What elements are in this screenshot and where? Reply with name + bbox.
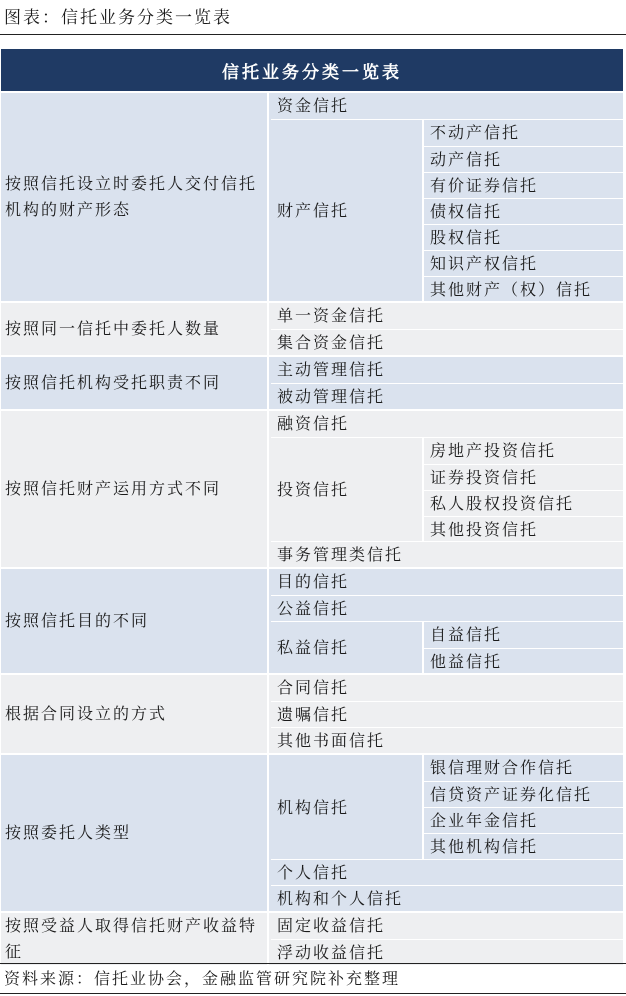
bottom-rule-lower <box>0 993 626 994</box>
trust-type: 私益信托 <box>271 622 424 673</box>
trust-type: 资金信托 <box>271 93 623 119</box>
trust-subtype: 私人股权投资信托 <box>424 490 623 516</box>
table-group: 按照受益人取得信托财产收益特征固定收益信托浮动收益信托 <box>1 911 623 965</box>
trust-type: 被动管理信托 <box>271 384 623 409</box>
trust-type: 合同信托 <box>271 675 623 701</box>
table-group: 根据合同设立的方式合同信托遗嘱信托其他书面信托 <box>1 673 623 753</box>
trust-type: 融资信托 <box>271 411 623 437</box>
table-group: 按照同一信托中委托人数量单一资金信托集合资金信托 <box>1 301 623 355</box>
table-body: 按照信托设立时委托人交付信托机构的财产形态资金信托财产信托不动产信托动产信托有价… <box>1 91 623 965</box>
table-row-with-subtypes: 私益信托自益信托他益信托 <box>271 621 623 673</box>
trust-type: 机构和个人信托 <box>271 886 623 911</box>
table-row-with-subtypes: 投资信托房地产投资信托证券投资信托私人股权投资信托其他投资信托 <box>271 437 623 541</box>
table-row: 固定收益信托 <box>271 913 623 939</box>
trust-type: 主动管理信托 <box>271 357 623 383</box>
classification-criterion: 按照信托目的不同 <box>1 569 269 673</box>
table-row: 被动管理信托 <box>271 383 623 409</box>
trust-subtype: 信贷资产证券化信托 <box>424 781 623 807</box>
trust-subtype: 有价证券信托 <box>424 172 623 198</box>
trust-type: 集合资金信托 <box>271 330 623 355</box>
trust-type: 事务管理类信托 <box>271 542 623 567</box>
table-row: 机构和个人信托 <box>271 885 623 911</box>
table-row: 浮动收益信托 <box>271 939 623 965</box>
trust-type: 公益信托 <box>271 596 623 621</box>
table-row: 资金信托 <box>271 93 623 119</box>
table-row-with-subtypes: 财产信托不动产信托动产信托有价证券信托债权信托股权信托知识产权信托其他财产（权）… <box>271 119 623 301</box>
classification-criterion: 按照委托人类型 <box>1 755 269 911</box>
trust-type: 遗嘱信托 <box>271 702 623 727</box>
trust-subtype: 动产信托 <box>424 146 623 172</box>
classification-criterion: 按照信托设立时委托人交付信托机构的财产形态 <box>1 93 269 301</box>
classification-criterion: 按照信托机构受托职责不同 <box>1 357 269 409</box>
trust-subtype: 债权信托 <box>424 198 623 224</box>
trust-type: 浮动收益信托 <box>271 940 623 965</box>
trust-subtype: 其他财产（权）信托 <box>424 276 623 302</box>
bottom-rule-upper <box>0 963 626 964</box>
table-row: 合同信托 <box>271 675 623 701</box>
figure-caption: 图表：信托业务分类一览表 <box>4 4 232 32</box>
trust-type: 财产信托 <box>271 120 424 301</box>
trust-type: 固定收益信托 <box>271 913 623 939</box>
table-group: 按照信托设立时委托人交付信托机构的财产形态资金信托财产信托不动产信托动产信托有价… <box>1 91 623 301</box>
table-row: 单一资金信托 <box>271 303 623 329</box>
trust-subtype: 自益信托 <box>424 622 623 648</box>
table-group: 按照信托目的不同目的信托公益信托私益信托自益信托他益信托 <box>1 567 623 673</box>
table-row: 事务管理类信托 <box>271 541 623 567</box>
table-row: 公益信托 <box>271 595 623 621</box>
table-row: 融资信托 <box>271 411 623 437</box>
table-row: 主动管理信托 <box>271 357 623 383</box>
trust-subtype: 其他机构信托 <box>424 833 623 859</box>
classification-criterion: 按照同一信托中委托人数量 <box>1 303 269 355</box>
trust-subtype: 知识产权信托 <box>424 250 623 276</box>
table-row: 遗嘱信托 <box>271 701 623 727</box>
trust-subtype: 企业年金信托 <box>424 807 623 833</box>
trust-type: 投资信托 <box>271 438 424 541</box>
trust-subtype: 房地产投资信托 <box>424 438 623 464</box>
trust-type: 机构信托 <box>271 755 424 859</box>
trust-type: 其他书面信托 <box>271 728 623 753</box>
top-rule <box>0 34 626 35</box>
trust-type: 个人信托 <box>271 860 623 885</box>
trust-subtype: 他益信托 <box>424 648 623 674</box>
classification-criterion: 按照受益人取得信托财产收益特征 <box>1 913 269 965</box>
source-note: 资料来源：信托业协会，金融监管研究院补充整理 <box>4 966 400 992</box>
table-row: 其他书面信托 <box>271 727 623 753</box>
table-group: 按照信托机构受托职责不同主动管理信托被动管理信托 <box>1 355 623 409</box>
trust-subtype: 股权信托 <box>424 224 623 250</box>
table-group: 按照信托财产运用方式不同融资信托投资信托房地产投资信托证券投资信托私人股权投资信… <box>1 409 623 567</box>
table-group: 按照委托人类型机构信托银信理财合作信托信贷资产证券化信托企业年金信托其他机构信托… <box>1 753 623 911</box>
trust-subtype: 不动产信托 <box>424 120 623 146</box>
table-row: 集合资金信托 <box>271 329 623 355</box>
classification-criterion: 根据合同设立的方式 <box>1 675 269 753</box>
table-row: 目的信托 <box>271 569 623 595</box>
trust-subtype: 其他投资信托 <box>424 516 623 542</box>
trust-type: 单一资金信托 <box>271 303 623 329</box>
classification-criterion: 按照信托财产运用方式不同 <box>1 411 269 567</box>
trust-type: 目的信托 <box>271 569 623 595</box>
table-header: 信托业务分类一览表 <box>1 49 623 91</box>
trust-classification-table: 信托业务分类一览表 按照信托设立时委托人交付信托机构的财产形态资金信托财产信托不… <box>1 49 623 965</box>
table-row-with-subtypes: 机构信托银信理财合作信托信贷资产证券化信托企业年金信托其他机构信托 <box>271 755 623 859</box>
trust-subtype: 银信理财合作信托 <box>424 755 623 781</box>
trust-subtype: 证券投资信托 <box>424 464 623 490</box>
table-row: 个人信托 <box>271 859 623 885</box>
